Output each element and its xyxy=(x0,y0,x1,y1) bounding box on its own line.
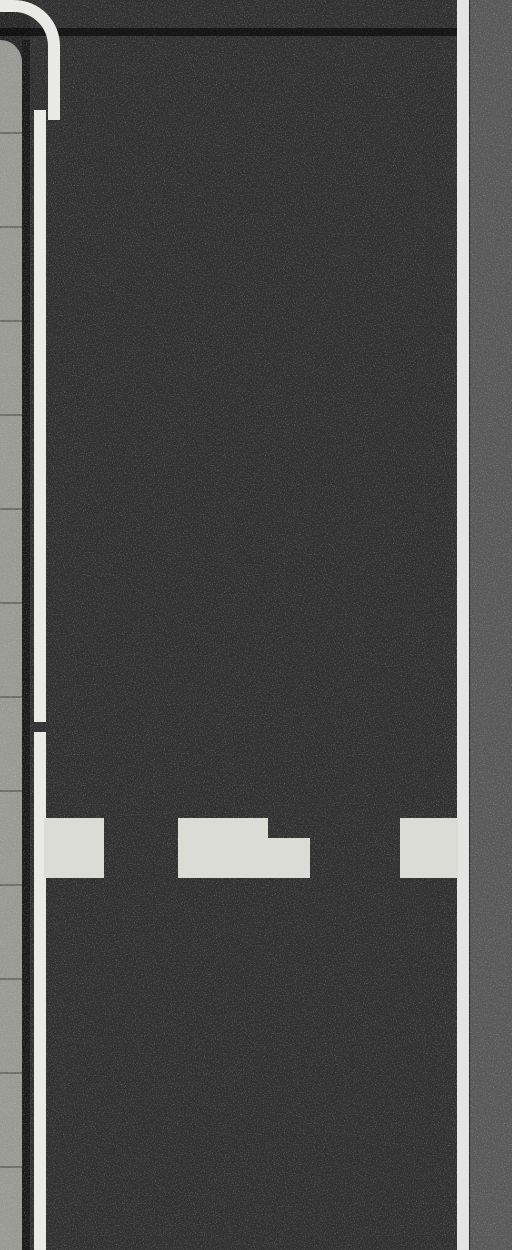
curved-edge-line xyxy=(0,0,60,120)
right-lane-line xyxy=(457,0,469,1250)
left-edge-line-top xyxy=(34,110,46,722)
stop-line-segment xyxy=(178,818,268,878)
road-scene xyxy=(0,0,512,1250)
left-edge-line-bottom xyxy=(34,732,46,1250)
shadow xyxy=(0,28,460,36)
stop-line-segment xyxy=(262,838,310,878)
stop-line-segment xyxy=(400,818,458,878)
asphalt-texture xyxy=(0,0,512,1250)
stop-line-segment xyxy=(44,818,104,878)
